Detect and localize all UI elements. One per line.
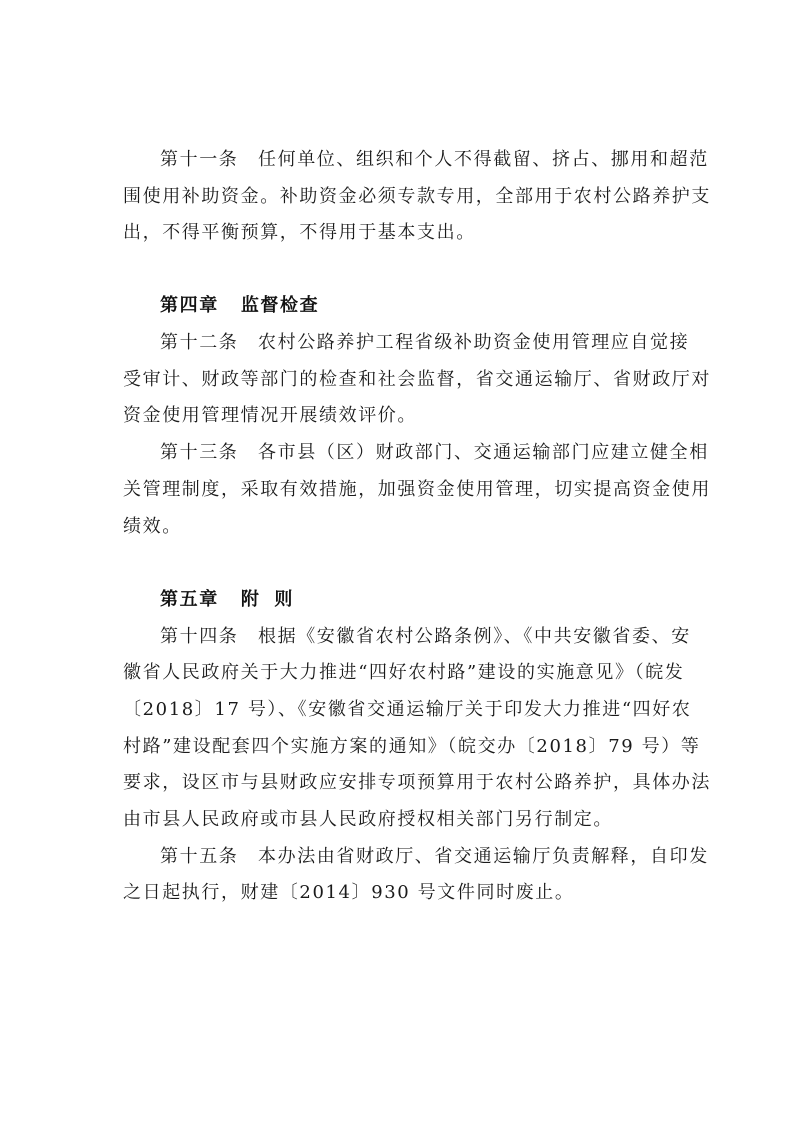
- article-14-line-2: 徽省人民政府关于大力推进“四好农村路”建设的实施意见》（皖发: [123, 654, 678, 691]
- article-13-line-3: 绩效。: [123, 508, 678, 545]
- article-14-line-4: 村路”建设配套四个实施方案的通知》（皖交办〔2018〕79 号）等: [123, 728, 678, 765]
- article-11-line-1: 第十一条 任何单位、组织和个人不得截留、挤占、挪用和超范: [160, 141, 678, 178]
- article-14-line-3: 〔2018〕17 号）、《安徽省交通运输厅关于印发大力推进“四好农: [123, 691, 678, 728]
- chapter-4-title: 监督检查: [241, 295, 319, 316]
- article-13-line-2: 关管理制度，采取有效措施，加强资金使用管理，切实提高资金使用: [123, 471, 678, 508]
- article-12-line-2: 受审计、财政等部门的检查和社会监督，省交通运输厅、省财政厅对: [123, 361, 678, 398]
- chapter-4-heading: 第四章监督检查: [160, 287, 319, 324]
- article-12-line-1: 第十二条 农村公路养护工程省级补助资金使用管理应自觉接: [160, 324, 678, 361]
- article-15-line-1: 第十五条 本办法由省财政厅、省交通运输厅负责解释，自印发: [160, 838, 678, 875]
- document-page: 第十一条 任何单位、组织和个人不得截留、挤占、挪用和超范 围使用补助资金。补助资…: [0, 0, 793, 1122]
- article-13-line-1: 第十三条 各市县（区）财政部门、交通运输部门应建立健全相: [160, 434, 678, 471]
- article-14-line-5: 要求，设区市与县财政应安排专项预算用于农村公路养护，具体办法: [123, 764, 678, 801]
- article-12-line-3: 资金使用管理情况开展绩效评价。: [123, 397, 678, 434]
- article-11-line-2: 围使用补助资金。补助资金必须专款专用，全部用于农村公路养护支: [123, 178, 678, 215]
- article-14-line-6: 由市县人民政府或市县人民政府授权相关部门另行制定。: [123, 801, 678, 838]
- article-11-line-3: 出，不得平衡预算，不得用于基本支出。: [123, 214, 678, 251]
- article-15-line-2: 之日起执行，财建〔2014〕930 号文件同时废止。: [123, 874, 678, 911]
- chapter-5-heading: 第五章附则: [160, 581, 294, 618]
- article-14-line-1: 第十四条 根据《安徽省农村公路条例》、《中共安徽省委、安: [160, 618, 678, 655]
- chapter-4-number: 第四章: [160, 295, 219, 316]
- chapter-5-number: 第五章: [160, 589, 219, 610]
- chapter-5-title-part-2: 则: [274, 589, 294, 610]
- chapter-5-title-part-1: 附: [241, 589, 261, 610]
